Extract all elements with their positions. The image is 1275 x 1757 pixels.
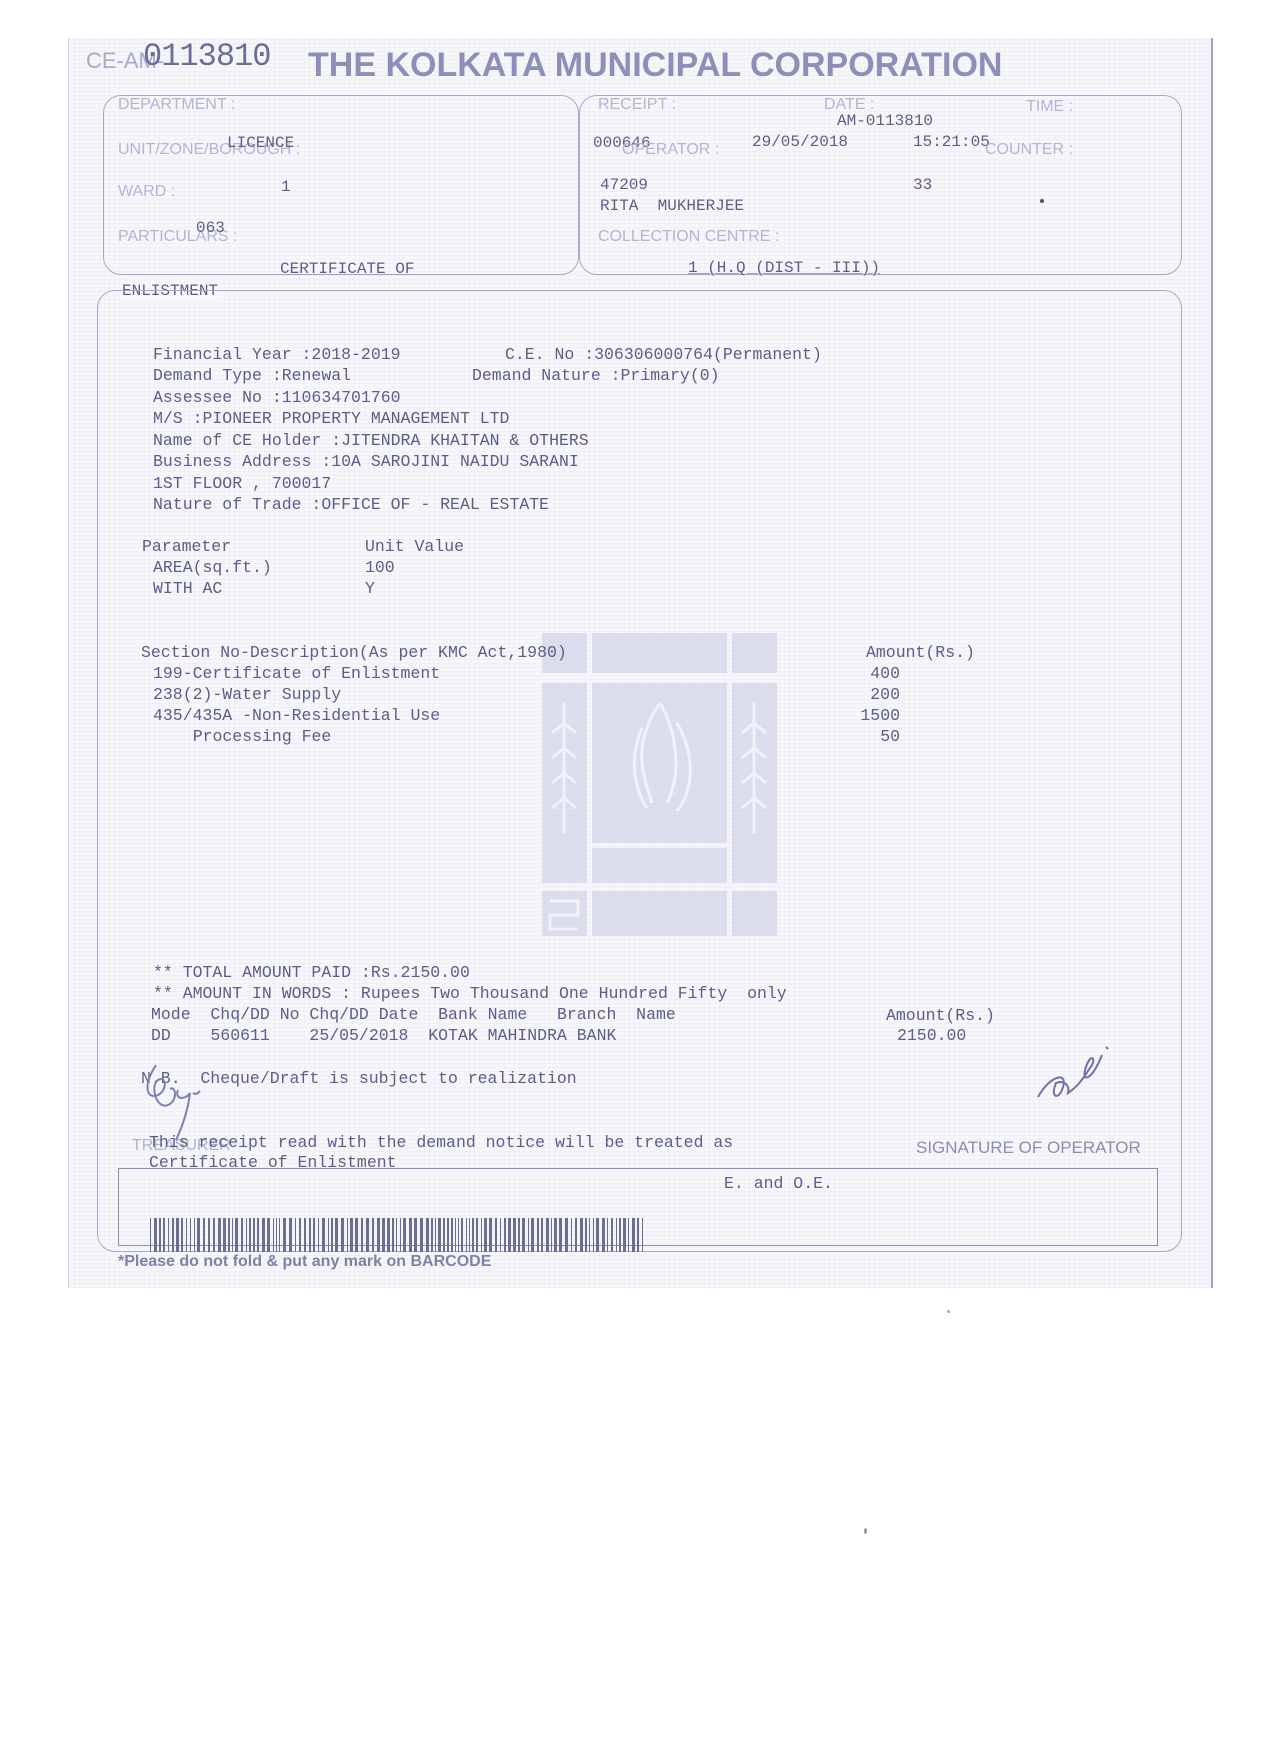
assessee-no: Assessee No :110634701760 <box>153 387 401 409</box>
operator-name: RITA MUKHERJEE <box>600 197 744 215</box>
ink-speck <box>864 1528 867 1534</box>
kmc-emblem-watermark-icon <box>542 633 777 938</box>
payment-columns-header: Mode Chq/DD No Chq/DD Date Bank Name Bra… <box>151 1004 676 1026</box>
ink-speck <box>947 1310 950 1313</box>
payment-amount-header: Amount(Rs.) <box>886 1005 995 1027</box>
receipt-reference: AM-0113810 <box>837 112 933 130</box>
operator-label: OPERATOR : <box>622 141 719 159</box>
particulars-code: 063 <box>196 219 225 237</box>
counter-label: COUNTER : <box>985 141 1073 159</box>
barcode-warning: *Please do not fold & put any mark on BA… <box>118 1253 491 1271</box>
signature-label: SIGNATURE OF OPERATOR <box>916 1138 1141 1158</box>
ms-name: M/S :PIONEER PROPERTY MANAGEMENT LTD <box>153 408 509 430</box>
receipt-label: RECEIPT : <box>598 96 676 114</box>
demand-nature: Demand Nature :Primary(0) <box>472 365 720 387</box>
amount-in-words: ** AMOUNT IN WORDS : Rupees Two Thousand… <box>153 983 787 1005</box>
ward-value: 1 <box>281 178 291 196</box>
param-row-value: Y <box>365 578 375 600</box>
nature-of-trade: Nature of Trade :OFFICE OF - REAL ESTATE <box>153 494 549 516</box>
treasurer-signature-icon <box>138 1055 218 1145</box>
section-row-desc: 238(2)-Water Supply <box>153 684 341 706</box>
unit-value: LICENCE <box>227 134 294 152</box>
ce-holder: Name of CE Holder :JITENDRA KHAITAN & OT… <box>153 430 589 452</box>
section-row-desc: 199-Certificate of Enlistment <box>153 663 440 685</box>
time-value: 15:21:05 <box>913 133 990 151</box>
section-row-desc: 435/435A -Non-Residential Use <box>153 705 440 727</box>
param-header-name: Parameter <box>142 536 231 558</box>
errors-omissions-excepted: E. and O.E. <box>724 1173 833 1195</box>
section-row-amount: 200 <box>866 684 900 706</box>
collection-centre-label: COLLECTION CENTRE : <box>598 228 779 246</box>
counter-value: 33 <box>913 176 932 194</box>
section-row-amount: 1500 <box>856 705 900 727</box>
param-row-value: 100 <box>365 557 395 579</box>
demand-type: Demand Type :Renewal <box>153 365 351 387</box>
collection-centre-value: 1 (H.Q (DIST - III)) <box>688 259 880 277</box>
ink-speck <box>1040 199 1044 203</box>
param-row-name: WITH AC <box>153 578 222 600</box>
ce-no: C.E. No :306306000764(Permanent) <box>505 344 822 366</box>
payment-row-amount: 2150.00 <box>897 1025 966 1047</box>
param-row-name: AREA(sq.ft.) <box>153 557 272 579</box>
section-row-amount: 400 <box>866 663 900 685</box>
operator-signature-icon <box>1030 1035 1115 1110</box>
ward-label: WARD : <box>118 183 175 201</box>
param-header-value: Unit Value <box>365 536 464 558</box>
financial-year: Financial Year :2018-2019 <box>153 344 401 366</box>
barcode-icon <box>150 1218 645 1252</box>
address-line-2: 1ST FLOOR , 700017 <box>153 473 331 495</box>
treated-note-line1: This receipt read with the demand notice… <box>149 1132 733 1154</box>
section-row-desc: Processing Fee <box>163 726 331 748</box>
total-amount-paid: ** TOTAL AMOUNT PAID :Rs.2150.00 <box>153 962 470 984</box>
particulars-text: CERTIFICATE OF <box>280 260 414 278</box>
page-title: THE KOLKATA MUNICIPAL CORPORATION <box>308 46 1002 85</box>
department-label: DEPARTMENT : <box>118 96 235 114</box>
section-header-amount: Amount(Rs.) <box>866 642 975 664</box>
ce-number: 0113810 <box>143 38 270 75</box>
date-value: 29/05/2018 <box>752 133 848 151</box>
operator-id: 47209 <box>600 176 648 194</box>
section-header-desc: Section No-Description(As per KMC Act,19… <box>141 642 567 664</box>
time-label: TIME : <box>1026 98 1073 116</box>
section-row-amount: 50 <box>866 726 900 748</box>
payment-row: DD 560611 25/05/2018 KOTAK MAHINDRA BANK <box>151 1025 616 1047</box>
business-address: Business Address :10A SAROJINI NAIDU SAR… <box>153 451 579 473</box>
